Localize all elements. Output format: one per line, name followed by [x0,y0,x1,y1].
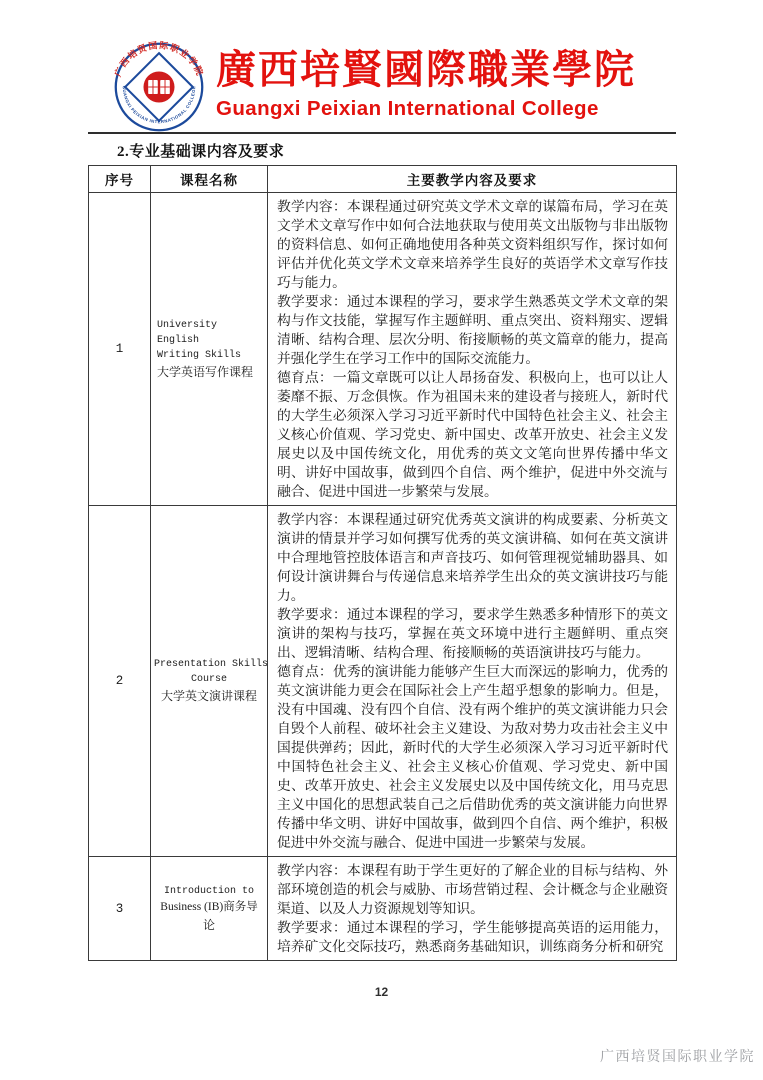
college-name-chinese: 廣西培賢國際職業學院 [216,46,686,94]
table-row: 3 Introduction to Business (IB)商务导 论 教学内… [89,857,677,961]
row-number: 2 [89,506,151,857]
teaching-content-paragraph: 教学内容：本课程有助于学生更好的了解企业的目标与结构、外部环境创造的机会与威胁、… [277,861,668,918]
column-header-course: 课程名称 [151,166,268,193]
row-number: 1 [89,193,151,506]
header-divider [88,132,676,134]
table-row: 2 Presentation Skills Course 大学英文演讲课程 教学… [89,506,677,857]
course-table: 序号 课程名称 主要教学内容及要求 1 University English W… [88,165,677,961]
course-content-cell: 教学内容：本课程通过研究英文学术文章的谋篇布局，学习在英文学术文章写作中如何合法… [268,193,677,506]
section-heading: 2.专业基础课内容及要求 [117,140,284,161]
course-name-cell: University English Writing Skills 大学英语写作… [151,193,268,506]
moral-education-paragraph: 德育点：优秀的演讲能力能够产生巨大而深远的影响力，优秀的英文演讲能力更会在国际社… [277,662,668,852]
course-name-line: University English [157,318,261,348]
document-page: 广西培贤国际职业学院 GUANGXI PEIXIAN INTERNATIONAL… [0,0,763,1080]
course-name-line: 论 [154,916,264,934]
course-name-cell: Introduction to Business (IB)商务导 论 [151,857,268,961]
teaching-content-paragraph: 教学内容：本课程通过研究英文学术文章的谋篇布局，学习在英文学术文章写作中如何合法… [277,197,668,292]
table-row: 1 University English Writing Skills 大学英语… [89,193,677,506]
column-header-no: 序号 [89,166,151,193]
column-header-content: 主要教学内容及要求 [268,166,677,193]
college-logo: 广西培贤国际职业学院 GUANGXI PEIXIAN INTERNATIONAL… [102,40,216,134]
teaching-requirements-paragraph: 教学要求：通过本课程的学习，学生能够提高英语的运用能力，培养矿文化交际技巧，熟悉… [277,918,668,956]
course-name-line: 大学英语写作课程 [157,363,261,381]
teaching-content-paragraph: 教学内容：本课程通过研究优秀英文演讲的构成要素、分析英文演讲的情景并学习如何撰写… [277,510,668,605]
row-number: 3 [89,857,151,961]
course-name-line: 大学英文演讲课程 [154,687,264,705]
college-name-english: Guangxi Peixian International College [216,97,686,121]
moral-education-paragraph: 德育点：一篇文章既可以让人昂扬奋发、积极向上，也可以让人萎靡不振、万念俱恢。作为… [277,368,668,501]
page-number: 12 [0,985,763,999]
course-content-cell: 教学内容：本课程有助于学生更好的了解企业的目标与结构、外部环境创造的机会与威胁、… [268,857,677,961]
teaching-requirements-paragraph: 教学要求：通过本课程的学习，要求学生熟悉多种情形下的英文演讲的架构与技巧，掌握在… [277,605,668,662]
course-content-cell: 教学内容：本课程通过研究优秀英文演讲的构成要素、分析英文演讲的情景并学习如何撰写… [268,506,677,857]
footer-watermark: 广西培贤国际职业学院 [600,1046,755,1066]
table-header-row: 序号 课程名称 主要教学内容及要求 [89,166,677,193]
course-name-line: Introduction to [154,884,264,899]
course-name-cell: Presentation Skills Course 大学英文演讲课程 [151,506,268,857]
college-titles: 廣西培賢國際職業學院 Guangxi Peixian International… [216,46,686,121]
seal-center-disc [143,71,174,102]
course-name-line: Presentation Skills [154,657,264,672]
course-name-line: Writing Skills [157,348,261,363]
teaching-requirements-paragraph: 教学要求：通过本课程的学习，要求学生熟悉英文学术文章的架构与作文技能，掌握写作主… [277,292,668,368]
college-seal-icon: 广西培贤国际职业学院 GUANGXI PEIXIAN INTERNATIONAL… [102,40,216,134]
course-name-line: Course [154,672,264,687]
course-name-line: Business (IB)商务导 [154,899,264,916]
